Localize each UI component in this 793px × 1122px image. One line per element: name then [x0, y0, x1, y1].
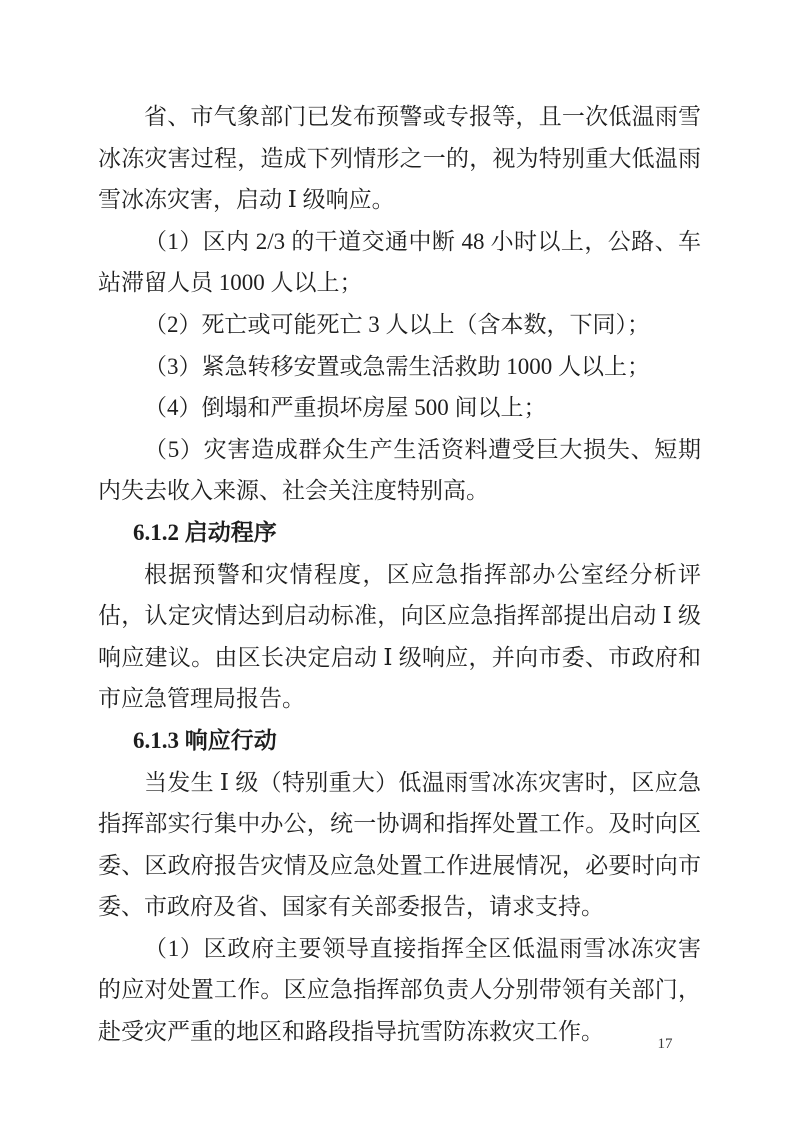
paragraph-criteria-item-4: （4）倒塌和严重损坏房屋 500 间以上；	[98, 387, 701, 429]
paragraph-response-action: 当发生 Ⅰ 级（特别重大）低温雨雪冰冻灾害时，区应急指挥部实行集中办公，统一协调…	[98, 762, 701, 928]
document-page: 省、市气象部门已发布预警或专报等，且一次低温雨雪冰冻灾害过程，造成下列情形之一的…	[0, 0, 793, 1122]
paragraph-response-action-item-1: （1）区政府主要领导直接指挥全区低温雨雪冰冻灾害的应对处置工作。区应急指挥部负责…	[98, 928, 701, 1053]
document-body: 省、市气象部门已发布预警或专报等，且一次低温雨雪冰冻灾害过程，造成下列情形之一的…	[98, 96, 701, 1053]
paragraph-response-criteria-intro: 省、市气象部门已发布预警或专报等，且一次低温雨雪冰冻灾害过程，造成下列情形之一的…	[98, 96, 701, 221]
paragraph-criteria-item-2: （2）死亡或可能死亡 3 人以上（含本数，下同）；	[98, 304, 701, 346]
page-number: 17	[650, 1036, 680, 1053]
section-heading-6-1-2: 6.1.2 启动程序	[98, 512, 701, 554]
paragraph-criteria-item-3: （3）紧急转移安置或急需生活救助 1000 人以上；	[98, 346, 701, 388]
paragraph-criteria-item-1: （1）区内 2/3 的干道交通中断 48 小时以上，公路、车站滞留人员 1000…	[98, 221, 701, 304]
paragraph-criteria-item-5: （5）灾害造成群众生产生活资料遭受巨大损失、短期内失去收入来源、社会关注度特别高…	[98, 429, 701, 512]
section-heading-6-1-3: 6.1.3 响应行动	[98, 720, 701, 762]
paragraph-startup-procedure: 根据预警和灾情程度，区应急指挥部办公室经分析评估，认定灾情达到启动标准，向区应急…	[98, 554, 701, 720]
